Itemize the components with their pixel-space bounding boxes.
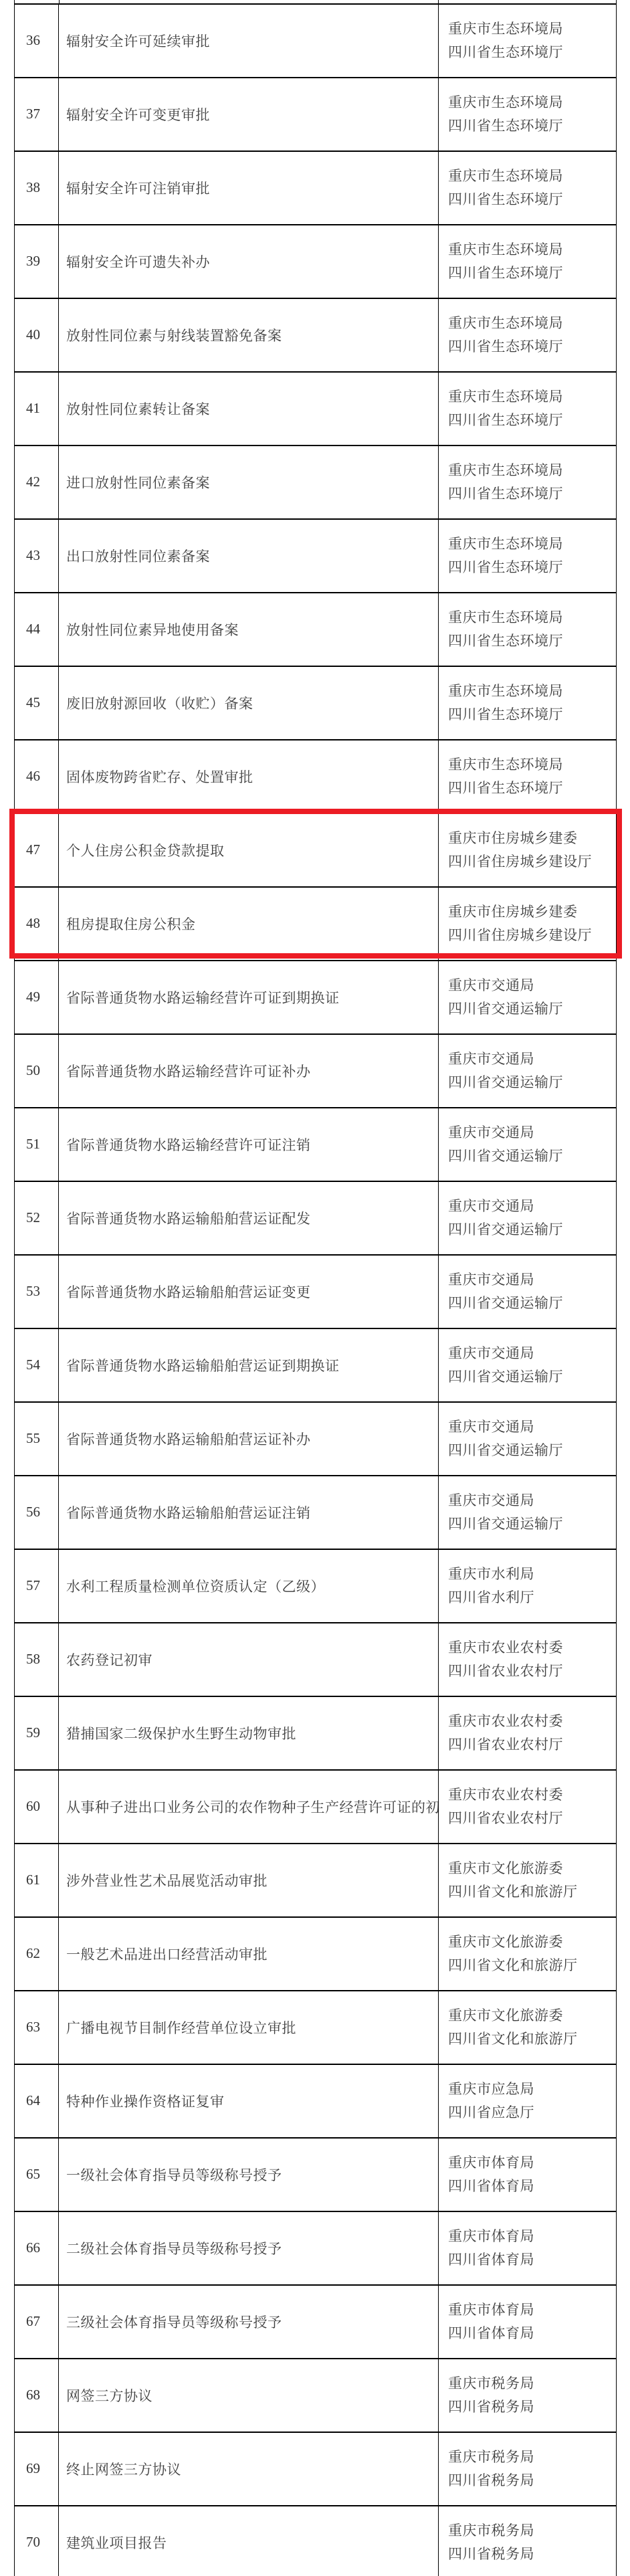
agency-cell: 重庆市生态环境局 四川省生态环境厅 <box>439 78 616 151</box>
table-row: 69 终止网签三方协议 重庆市税务局 四川省税务局 <box>14 2433 617 2506</box>
agency-cell: 重庆市文化旅游委 四川省文化和旅游厅 <box>439 1918 616 1990</box>
agency-line-sichuan: 四川省农业农村厅 <box>448 1807 616 1830</box>
service-name-cell: 租房提取住房公积金 <box>59 888 439 960</box>
service-name-cell: 辐射安全许可遗失补办 <box>59 225 439 298</box>
table-row: 51 省际普通货物水路运输经营许可证注销 重庆市交通局 四川省交通运输厅 <box>14 1108 617 1182</box>
agency-line-chongqing: 重庆市交通局 <box>448 1121 616 1145</box>
agency-cell: 重庆市生态环境局 四川省生态环境厅 <box>439 740 616 813</box>
row-number-cell: 37 <box>15 78 59 151</box>
service-name-cell: 从事种子进出口业务公司的农作物种子生产经营许可证的初审 <box>59 1771 439 1843</box>
table-row: 60 从事种子进出口业务公司的农作物种子生产经营许可证的初审 重庆市农业农村委 … <box>14 1771 617 1844</box>
agency-line-chongqing: 重庆市文化旅游委 <box>448 2004 616 2027</box>
agency-line-sichuan: 四川省生态环境厅 <box>448 703 616 726</box>
agency-line-chongqing: 重庆市生态环境局 <box>448 91 616 114</box>
agency-cell: 重庆市住房城乡建委 四川省住房城乡建设厅 <box>439 888 616 960</box>
agency-line-chongqing: 重庆市生态环境局 <box>448 238 616 262</box>
agency-cell: 重庆市交通局 四川省交通运输厅 <box>439 1476 616 1549</box>
agency-line-sichuan: 四川省交通运输厅 <box>448 1512 616 1536</box>
agency-cell: 重庆市生态环境局 四川省生态环境厅 <box>439 520 616 592</box>
agency-line-sichuan: 四川省税务局 <box>448 2395 616 2419</box>
agency-cell: 重庆市农业农村委 四川省农业农村厅 <box>439 1771 616 1843</box>
agency-line-chongqing: 重庆市交通局 <box>448 1195 616 1218</box>
table-row: 42 进口放射性同位素备案 重庆市生态环境局 四川省生态环境厅 <box>14 446 617 520</box>
service-name-cell: 固体废物跨省贮存、处置审批 <box>59 740 439 813</box>
agency-line-chongqing: 重庆市文化旅游委 <box>448 1857 616 1880</box>
agency-cell: 重庆市税务局 四川省税务局 <box>439 2506 616 2576</box>
service-name-cell: 广播电视节目制作经营单位设立审批 <box>59 1991 439 2064</box>
table-row: 49 省际普通货物水路运输经营许可证到期换证 重庆市交通局 四川省交通运输厅 <box>14 961 617 1035</box>
service-name-cell: 建筑业项目报告 <box>59 2506 439 2576</box>
service-name-cell: 省际普通货物水路运输经营许可证补办 <box>59 1035 439 1107</box>
agency-line-chongqing: 重庆市生态环境局 <box>448 312 616 335</box>
agency-cell: 重庆市文化旅游委 四川省文化和旅游厅 <box>439 1844 616 1916</box>
row-number-cell: 65 <box>15 2139 59 2211</box>
agency-line-sichuan: 四川省生态环境厅 <box>448 41 616 64</box>
agency-cell: 重庆市生态环境局 四川省生态环境厅 <box>439 5 616 77</box>
table-row: 36 辐射安全许可延续审批 重庆市生态环境局 四川省生态环境厅 <box>14 5 617 78</box>
service-name-cell: 猎捕国家二级保护水生野生动物审批 <box>59 1697 439 1769</box>
row-number-cell: 44 <box>15 593 59 666</box>
agency-cell: 重庆市生态环境局 四川省生态环境厅 <box>439 446 616 518</box>
service-name-cell: 农药登记初审 <box>59 1623 439 1696</box>
service-name-cell: 特种作业操作资格证复审 <box>59 2065 439 2137</box>
row-number-cell: 53 <box>15 1256 59 1328</box>
row-number-cell: 69 <box>15 2433 59 2505</box>
table-row: 50 省际普通货物水路运输经营许可证补办 重庆市交通局 四川省交通运输厅 <box>14 1035 617 1108</box>
row-number-cell: 57 <box>15 1550 59 1622</box>
service-name-cell: 省际普通货物水路运输经营许可证注销 <box>59 1108 439 1181</box>
agency-line-sichuan: 四川省生态环境厅 <box>448 409 616 432</box>
agency-line-sichuan: 四川省住房城乡建设厅 <box>448 850 616 874</box>
table-row: 44 放射性同位素异地使用备案 重庆市生态环境局 四川省生态环境厅 <box>14 593 617 667</box>
agency-line-chongqing: 重庆市交通局 <box>448 1415 616 1439</box>
table-row: 59 猎捕国家二级保护水生野生动物审批 重庆市农业农村委 四川省农业农村厅 <box>14 1697 617 1771</box>
agency-line-sichuan: 四川省农业农村厅 <box>448 1733 616 1757</box>
agency-line-sichuan: 四川省交通运输厅 <box>448 997 616 1021</box>
agency-line-chongqing: 重庆市体育局 <box>448 2225 616 2248</box>
agency-cell: 重庆市农业农村委 四川省农业农村厅 <box>439 1623 616 1696</box>
service-name-cell: 放射性同位素转让备案 <box>59 373 439 445</box>
row-number-cell: 43 <box>15 520 59 592</box>
agency-cell: 重庆市体育局 四川省体育局 <box>439 2286 616 2358</box>
agency-line-chongqing: 重庆市生态环境局 <box>448 17 616 41</box>
service-name-cell: 终止网签三方协议 <box>59 2433 439 2505</box>
service-name-cell: 废旧放射源回收（收贮）备案 <box>59 667 439 739</box>
row-number-cell: 59 <box>15 1697 59 1769</box>
row-number-cell: 40 <box>15 299 59 371</box>
agency-cell: 重庆市交通局 四川省交通运输厅 <box>439 1329 616 1401</box>
row-number-cell: 66 <box>15 2212 59 2284</box>
table-row: 43 出口放射性同位素备案 重庆市生态环境局 四川省生态环境厅 <box>14 520 617 593</box>
agency-cell: 重庆市交通局 四川省交通运输厅 <box>439 1403 616 1475</box>
table-row: 41 放射性同位素转让备案 重庆市生态环境局 四川省生态环境厅 <box>14 373 617 446</box>
agency-cell: 重庆市生态环境局 四川省生态环境厅 <box>439 593 616 666</box>
row-number-cell: 56 <box>15 1476 59 1549</box>
document-page: 36 辐射安全许可延续审批 重庆市生态环境局 四川省生态环境厅 37 辐射安全许… <box>0 0 630 2576</box>
service-name-cell: 辐射安全许可延续审批 <box>59 5 439 77</box>
agency-line-chongqing: 重庆市交通局 <box>448 974 616 997</box>
row-number-cell: 64 <box>15 2065 59 2137</box>
agency-line-sichuan: 四川省文化和旅游厅 <box>448 2027 616 2051</box>
agency-cell: 重庆市交通局 四川省交通运输厅 <box>439 1035 616 1107</box>
agency-line-sichuan: 四川省生态环境厅 <box>448 556 616 579</box>
table-row: 54 省际普通货物水路运输船舶营运证到期换证 重庆市交通局 四川省交通运输厅 <box>14 1329 617 1403</box>
agency-line-chongqing: 重庆市生态环境局 <box>448 385 616 409</box>
agency-line-sichuan: 四川省文化和旅游厅 <box>448 1880 616 1904</box>
agency-line-sichuan: 四川省生态环境厅 <box>448 262 616 285</box>
table-row: 45 废旧放射源回收（收贮）备案 重庆市生态环境局 四川省生态环境厅 <box>14 667 617 740</box>
agency-cell: 重庆市交通局 四川省交通运输厅 <box>439 961 616 1033</box>
agency-line-chongqing: 重庆市体育局 <box>448 2151 616 2175</box>
agency-cell: 重庆市税务局 四川省税务局 <box>439 2433 616 2505</box>
agency-line-sichuan: 四川省体育局 <box>448 2175 616 2198</box>
row-number-cell: 39 <box>15 225 59 298</box>
agency-line-chongqing: 重庆市交通局 <box>448 1048 616 1071</box>
service-name-cell: 省际普通货物水路运输船舶营运证配发 <box>59 1182 439 1254</box>
row-number-cell: 68 <box>15 2359 59 2432</box>
agency-line-chongqing: 重庆市住房城乡建委 <box>448 827 616 850</box>
agency-cell: 重庆市生态环境局 四川省生态环境厅 <box>439 667 616 739</box>
service-name-cell: 出口放射性同位素备案 <box>59 520 439 592</box>
row-number-cell: 50 <box>15 1035 59 1107</box>
agency-line-chongqing: 重庆市税务局 <box>448 2519 616 2543</box>
agency-line-sichuan: 四川省农业农村厅 <box>448 1660 616 1683</box>
row-number-cell: 38 <box>15 152 59 224</box>
agency-cell: 重庆市交通局 四川省交通运输厅 <box>439 1256 616 1328</box>
agency-cell: 重庆市水利局 四川省水利厅 <box>439 1550 616 1622</box>
agency-line-chongqing: 重庆市体育局 <box>448 2298 616 2322</box>
row-number-cell: 46 <box>15 740 59 813</box>
service-name-cell: 个人住房公积金贷款提取 <box>59 814 439 886</box>
table-row: 40 放射性同位素与射线装置豁免备案 重庆市生态环境局 四川省生态环境厅 <box>14 299 617 373</box>
agency-line-sichuan: 四川省交通运输厅 <box>448 1292 616 1315</box>
table-row: 52 省际普通货物水路运输船舶营运证配发 重庆市交通局 四川省交通运输厅 <box>14 1182 617 1256</box>
table-row: 68 网签三方协议 重庆市税务局 四川省税务局 <box>14 2359 617 2433</box>
agency-line-sichuan: 四川省税务局 <box>448 2543 616 2566</box>
table-row: 58 农药登记初审 重庆市农业农村委 四川省农业农村厅 <box>14 1623 617 1697</box>
table-row: 46 固体废物跨省贮存、处置审批 重庆市生态环境局 四川省生态环境厅 <box>14 740 617 814</box>
agency-line-sichuan: 四川省体育局 <box>448 2322 616 2345</box>
table-row: 63 广播电视节目制作经营单位设立审批 重庆市文化旅游委 四川省文化和旅游厅 <box>14 1991 617 2065</box>
agency-line-sichuan: 四川省交通运输厅 <box>448 1439 616 1462</box>
service-name-cell: 省际普通货物水路运输船舶营运证补办 <box>59 1403 439 1475</box>
agency-line-chongqing: 重庆市生态环境局 <box>448 753 616 777</box>
agency-line-chongqing: 重庆市农业农村委 <box>448 1636 616 1660</box>
service-name-cell: 省际普通货物水路运输经营许可证到期换证 <box>59 961 439 1033</box>
agency-line-sichuan: 四川省交通运输厅 <box>448 1145 616 1168</box>
row-number-cell: 52 <box>15 1182 59 1254</box>
service-name-cell: 三级社会体育指导员等级称号授予 <box>59 2286 439 2358</box>
service-name-cell: 辐射安全许可注销审批 <box>59 152 439 224</box>
agency-line-sichuan: 四川省生态环境厅 <box>448 114 616 138</box>
agency-line-chongqing: 重庆市生态环境局 <box>448 165 616 188</box>
agency-cell: 重庆市交通局 四川省交通运输厅 <box>439 1182 616 1254</box>
row-number-cell: 47 <box>15 814 59 886</box>
row-number-cell: 61 <box>15 1844 59 1916</box>
row-number-cell: 45 <box>15 667 59 739</box>
agency-cell: 重庆市体育局 四川省体育局 <box>439 2139 616 2211</box>
agency-cell: 重庆市生态环境局 四川省生态环境厅 <box>439 373 616 445</box>
agency-line-sichuan: 四川省应急厅 <box>448 2101 616 2124</box>
service-name-cell: 省际普通货物水路运输船舶营运证变更 <box>59 1256 439 1328</box>
agency-line-sichuan: 四川省体育局 <box>448 2248 616 2272</box>
row-number-cell: 42 <box>15 446 59 518</box>
row-number-cell: 58 <box>15 1623 59 1696</box>
agency-line-chongqing: 重庆市应急局 <box>448 2078 616 2101</box>
agency-cell: 重庆市税务局 四川省税务局 <box>439 2359 616 2432</box>
agency-line-chongqing: 重庆市交通局 <box>448 1342 616 1365</box>
agency-line-sichuan: 四川省住房城乡建设厅 <box>448 924 616 947</box>
row-number-cell: 36 <box>15 5 59 77</box>
agency-line-sichuan: 四川省水利厅 <box>448 1586 616 1609</box>
agency-line-sichuan: 四川省生态环境厅 <box>448 629 616 653</box>
agency-line-chongqing: 重庆市住房城乡建委 <box>448 900 616 924</box>
row-number-cell: 70 <box>15 2506 59 2576</box>
service-name-cell: 一级社会体育指导员等级称号授予 <box>59 2139 439 2211</box>
table-row: 48 租房提取住房公积金 重庆市住房城乡建委 四川省住房城乡建设厅 <box>14 888 617 961</box>
agency-line-sichuan: 四川省交通运输厅 <box>448 1071 616 1094</box>
table-row: 64 特种作业操作资格证复审 重庆市应急局 四川省应急厅 <box>14 2065 617 2139</box>
agency-line-chongqing: 重庆市生态环境局 <box>448 532 616 556</box>
table-row: 65 一级社会体育指导员等级称号授予 重庆市体育局 四川省体育局 <box>14 2139 617 2212</box>
service-name-cell: 水利工程质量检测单位资质认定（乙级） <box>59 1550 439 1622</box>
agency-cell: 重庆市应急局 四川省应急厅 <box>439 2065 616 2137</box>
table-row: 53 省际普通货物水路运输船舶营运证变更 重庆市交通局 四川省交通运输厅 <box>14 1256 617 1329</box>
table-row: 62 一般艺术品进出口经营活动审批 重庆市文化旅游委 四川省文化和旅游厅 <box>14 1918 617 1991</box>
agency-cell: 重庆市生态环境局 四川省生态环境厅 <box>439 225 616 298</box>
agency-line-chongqing: 重庆市税务局 <box>448 2446 616 2469</box>
agency-cell: 重庆市生态环境局 四川省生态环境厅 <box>439 299 616 371</box>
row-number-cell: 62 <box>15 1918 59 1990</box>
approval-items-table: 36 辐射安全许可延续审批 重庆市生态环境局 四川省生态环境厅 37 辐射安全许… <box>14 3 617 2576</box>
agency-line-chongqing: 重庆市文化旅游委 <box>448 1930 616 1954</box>
agency-line-chongqing: 重庆市交通局 <box>448 1489 616 1512</box>
table-row: 56 省际普通货物水路运输船舶营运证注销 重庆市交通局 四川省交通运输厅 <box>14 1476 617 1550</box>
row-number-cell: 49 <box>15 961 59 1033</box>
table-row: 70 建筑业项目报告 重庆市税务局 四川省税务局 <box>14 2506 617 2576</box>
row-number-cell: 63 <box>15 1991 59 2064</box>
agency-line-sichuan: 四川省生态环境厅 <box>448 188 616 211</box>
agency-line-sichuan: 四川省生态环境厅 <box>448 482 616 506</box>
table-row: 57 水利工程质量检测单位资质认定（乙级） 重庆市水利局 四川省水利厅 <box>14 1550 617 1623</box>
agency-line-chongqing: 重庆市水利局 <box>448 1563 616 1586</box>
service-name-cell: 放射性同位素异地使用备案 <box>59 593 439 666</box>
service-name-cell: 二级社会体育指导员等级称号授予 <box>59 2212 439 2284</box>
agency-line-sichuan: 四川省交通运输厅 <box>448 1365 616 1389</box>
table-row: 47 个人住房公积金贷款提取 重庆市住房城乡建委 四川省住房城乡建设厅 <box>14 814 617 888</box>
service-name-cell: 放射性同位素与射线装置豁免备案 <box>59 299 439 371</box>
agency-cell: 重庆市文化旅游委 四川省文化和旅游厅 <box>439 1991 616 2064</box>
service-name-cell: 辐射安全许可变更审批 <box>59 78 439 151</box>
table-row: 61 涉外营业性艺术品展览活动审批 重庆市文化旅游委 四川省文化和旅游厅 <box>14 1844 617 1918</box>
agency-cell: 重庆市农业农村委 四川省农业农村厅 <box>439 1697 616 1769</box>
agency-line-sichuan: 四川省文化和旅游厅 <box>448 1954 616 1977</box>
agency-cell: 重庆市交通局 四川省交通运输厅 <box>439 1108 616 1181</box>
row-number-cell: 48 <box>15 888 59 960</box>
agency-line-chongqing: 重庆市农业农村委 <box>448 1710 616 1733</box>
agency-line-chongqing: 重庆市交通局 <box>448 1268 616 1292</box>
table-row: 37 辐射安全许可变更审批 重庆市生态环境局 四川省生态环境厅 <box>14 78 617 152</box>
service-name-cell: 进口放射性同位素备案 <box>59 446 439 518</box>
agency-line-sichuan: 四川省税务局 <box>448 2469 616 2492</box>
table-row: 67 三级社会体育指导员等级称号授予 重庆市体育局 四川省体育局 <box>14 2286 617 2359</box>
service-name-cell: 涉外营业性艺术品展览活动审批 <box>59 1844 439 1916</box>
table-row: 55 省际普通货物水路运输船舶营运证补办 重庆市交通局 四川省交通运输厅 <box>14 1403 617 1476</box>
agency-cell: 重庆市生态环境局 四川省生态环境厅 <box>439 152 616 224</box>
agency-line-chongqing: 重庆市生态环境局 <box>448 606 616 629</box>
service-name-cell: 网签三方协议 <box>59 2359 439 2432</box>
row-number-cell: 55 <box>15 1403 59 1475</box>
table-row: 38 辐射安全许可注销审批 重庆市生态环境局 四川省生态环境厅 <box>14 152 617 225</box>
row-number-cell: 67 <box>15 2286 59 2358</box>
agency-line-sichuan: 四川省生态环境厅 <box>448 335 616 359</box>
agency-line-chongqing: 重庆市农业农村委 <box>448 1783 616 1807</box>
agency-line-sichuan: 四川省生态环境厅 <box>448 777 616 800</box>
service-name-cell: 省际普通货物水路运输船舶营运证到期换证 <box>59 1329 439 1401</box>
service-name-cell: 一般艺术品进出口经营活动审批 <box>59 1918 439 1990</box>
row-number-cell: 60 <box>15 1771 59 1843</box>
row-number-cell: 51 <box>15 1108 59 1181</box>
row-number-cell: 54 <box>15 1329 59 1401</box>
agency-line-chongqing: 重庆市生态环境局 <box>448 459 616 482</box>
service-name-cell: 省际普通货物水路运输船舶营运证注销 <box>59 1476 439 1549</box>
agency-line-chongqing: 重庆市生态环境局 <box>448 680 616 703</box>
agency-line-sichuan: 四川省交通运输厅 <box>448 1218 616 1242</box>
row-number-cell: 41 <box>15 373 59 445</box>
agency-cell: 重庆市体育局 四川省体育局 <box>439 2212 616 2284</box>
agency-line-chongqing: 重庆市税务局 <box>448 2372 616 2395</box>
table-row: 39 辐射安全许可遗失补办 重庆市生态环境局 四川省生态环境厅 <box>14 225 617 299</box>
agency-cell: 重庆市住房城乡建委 四川省住房城乡建设厅 <box>439 814 616 886</box>
table-row: 66 二级社会体育指导员等级称号授予 重庆市体育局 四川省体育局 <box>14 2212 617 2286</box>
